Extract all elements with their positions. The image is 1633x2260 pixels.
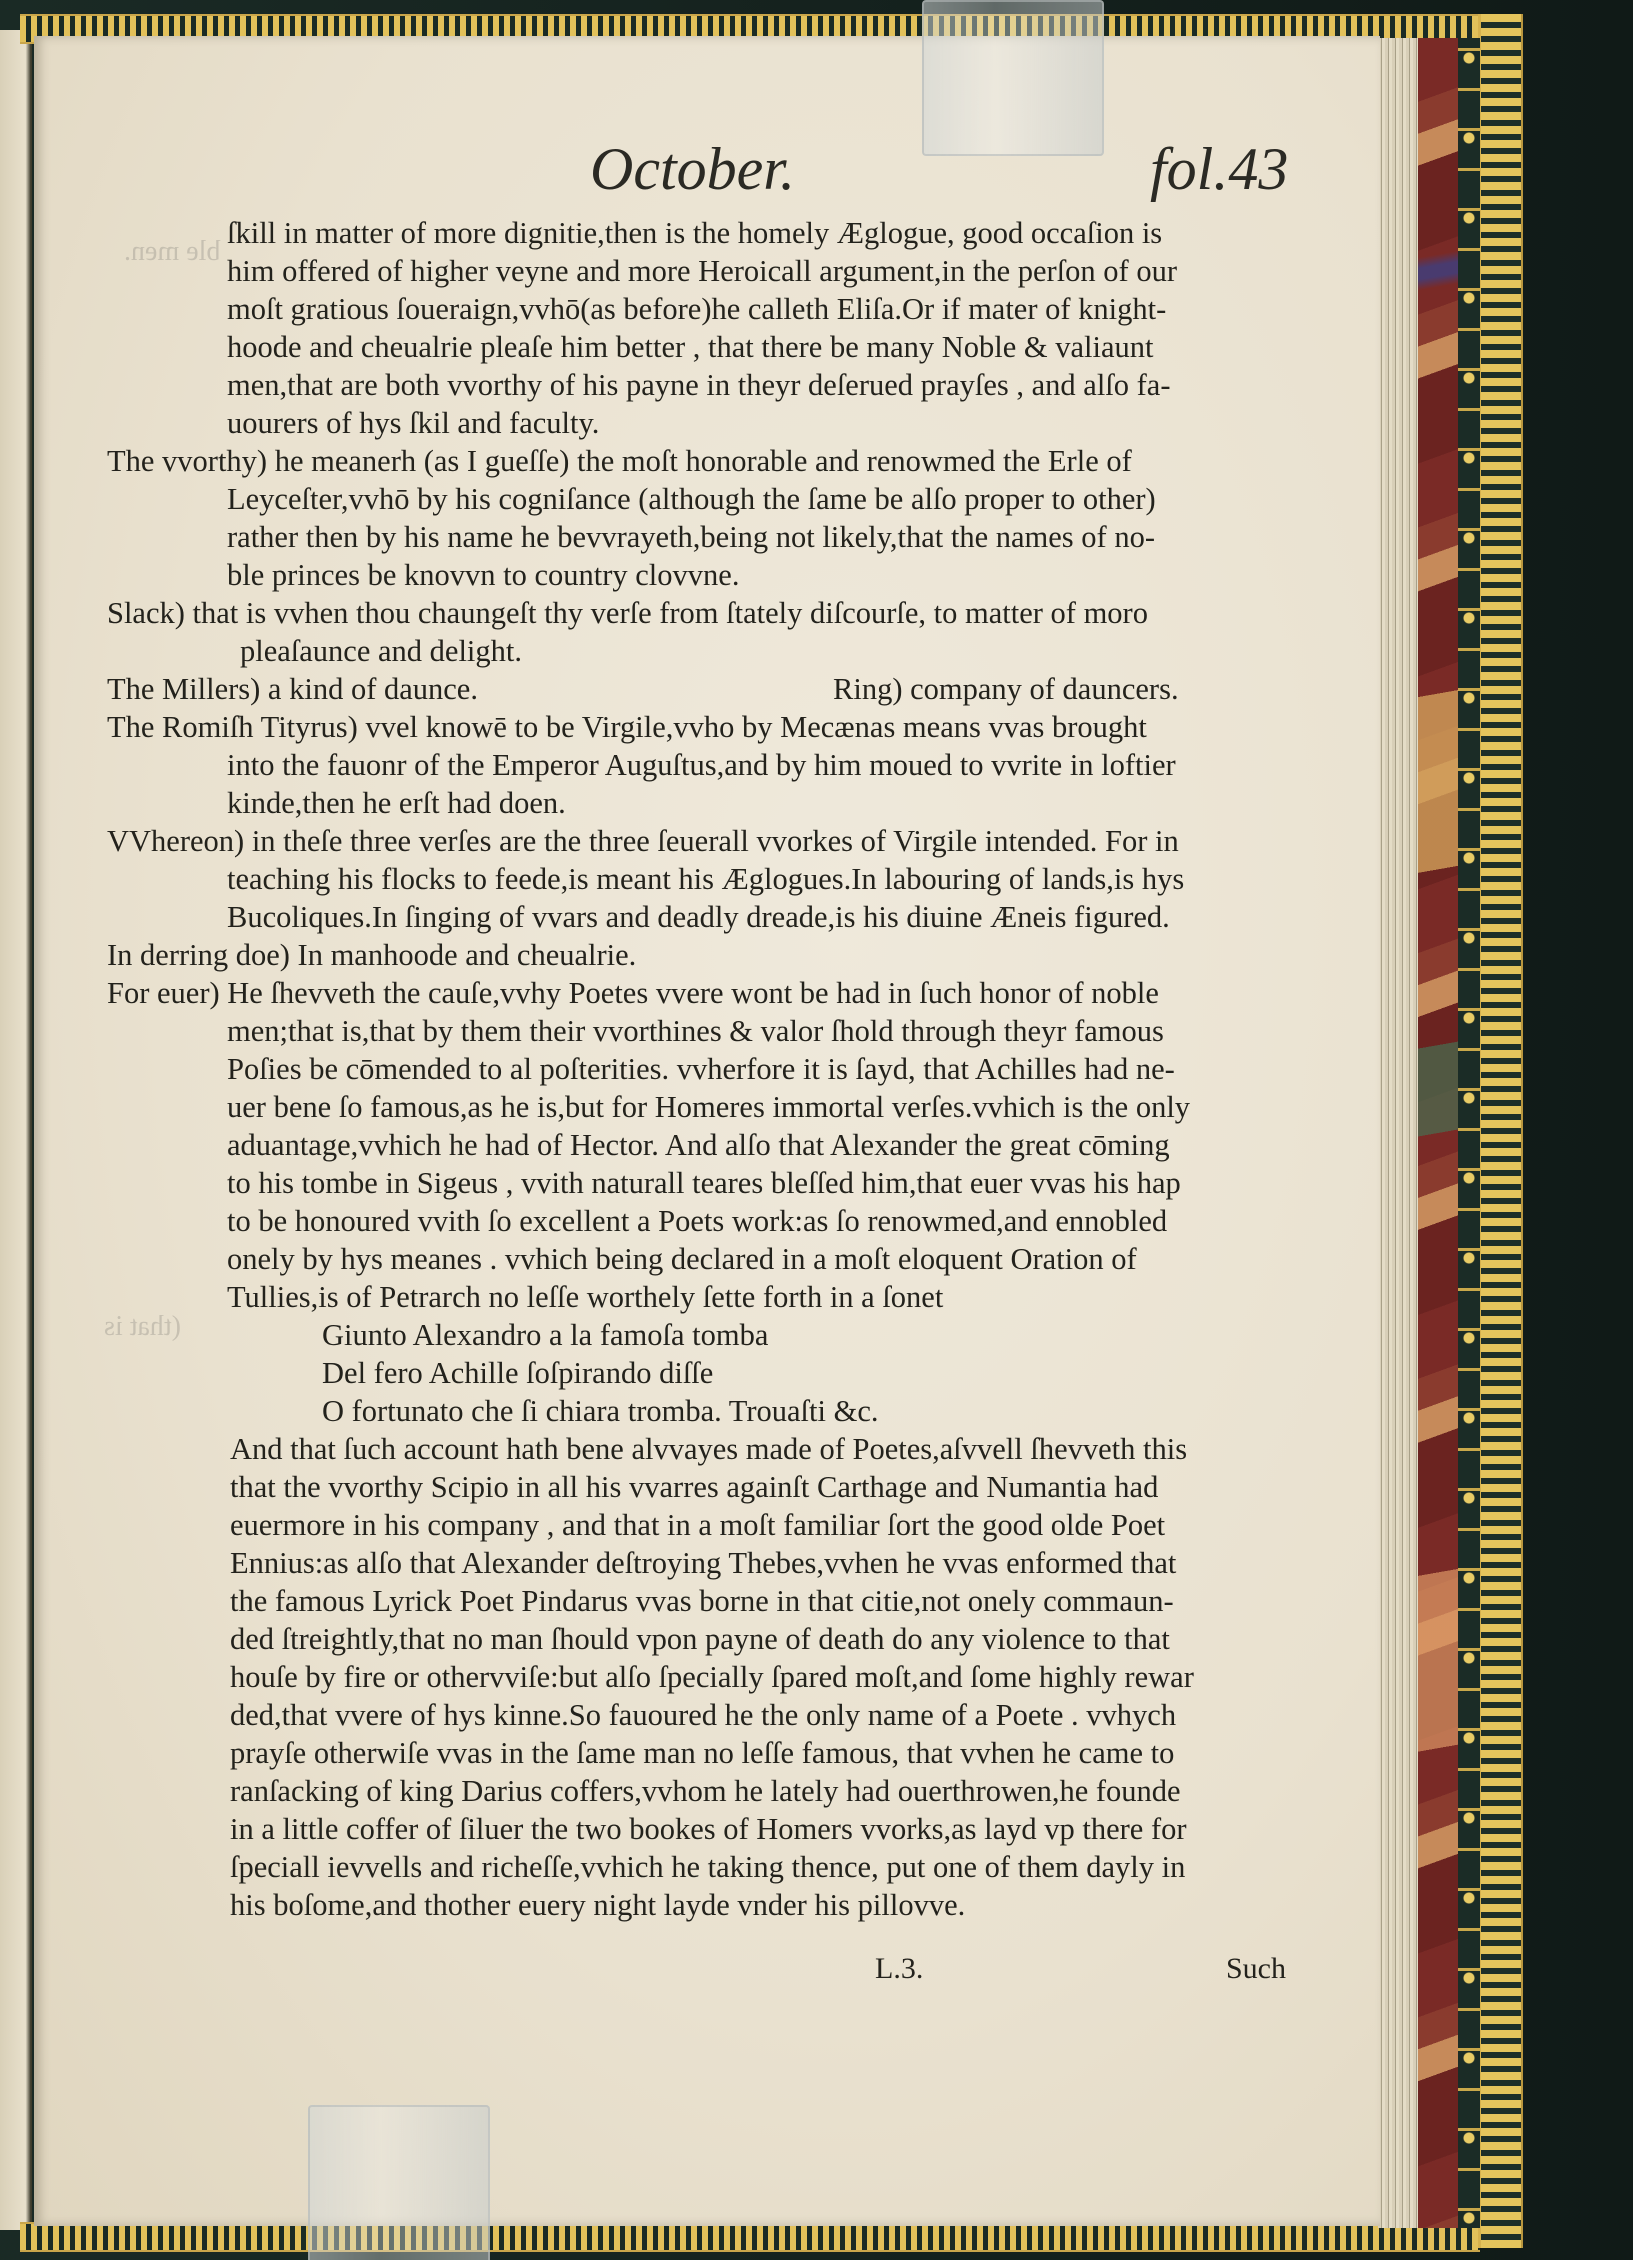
text-line: houſe by fire or othervviſe:but alſo ſpe… xyxy=(230,1659,1194,1697)
text-line: kinde,then he erſt had doen. xyxy=(227,785,566,823)
text-line: O fortunato che ſi chiara tromba. Trouaſ… xyxy=(322,1393,879,1431)
gilt-vine-ornament xyxy=(1458,38,1480,2228)
gilt-border-right xyxy=(1478,14,1523,2248)
text-line: onely by hys meanes . vvhich being decla… xyxy=(227,1241,1137,1279)
text-line: The Millers) a kind of daunce. xyxy=(107,671,478,709)
facing-page-edge xyxy=(0,30,32,2230)
text-line: to be honoured vvith ſo excellent a Poet… xyxy=(227,1203,1167,1241)
text-line: ſkill in matter of more dignitie,then is… xyxy=(227,215,1162,253)
text-line: to his tombe in Sigeus , vvith naturall … xyxy=(227,1165,1181,1203)
text-line: ranſacking of king Darius coffers,vvhom … xyxy=(230,1773,1181,1811)
acrylic-page-clip-top xyxy=(922,0,1104,156)
text-line: men,that are both vvorthy of his payne i… xyxy=(227,367,1171,405)
text-line: In derring doe) In manhoode and cheualri… xyxy=(107,937,636,975)
running-head: October. xyxy=(590,135,795,204)
text-line: For euer) He ſhevveth the cauſe,vvhy Poe… xyxy=(107,975,1159,1013)
text-line: The Romiſh Tityrus) vvel knowē to be Vir… xyxy=(107,709,1147,747)
acrylic-page-clip-bottom xyxy=(308,2105,490,2260)
text-line: in a little coffer of ſiluer the two boo… xyxy=(230,1811,1187,1849)
page-stack-edge xyxy=(1378,38,1418,2228)
text-line: ded ſtreightly,that no man ſhould vpon p… xyxy=(230,1621,1170,1659)
text-line: The vvorthy) he meanerh (as I gueſſe) th… xyxy=(107,443,1132,481)
text-line: rather then by his name he bevvrayeth,be… xyxy=(227,519,1155,557)
catchword: Such xyxy=(1226,1952,1286,1986)
text-line: into the fauonr of the Emperor Auguſtus,… xyxy=(227,747,1176,785)
text-line: euermore in his company , and that in a … xyxy=(230,1507,1165,1545)
marbled-endpaper-edge xyxy=(1418,38,1458,2228)
text-line: Tullies,is of Petrarch no leſſe worthely… xyxy=(227,1279,943,1317)
show-through-text: (that is xyxy=(104,1311,181,1343)
text-line: Bucoliques.In ſinging of vvars and deadl… xyxy=(227,899,1170,937)
text-line: him offered of higher veyne and more Her… xyxy=(227,253,1177,291)
text-line: And that ſuch account hath bene alvvayes… xyxy=(230,1431,1187,1469)
text-line: uourers of hys ſkil and faculty. xyxy=(227,405,599,443)
gilt-border-bottom xyxy=(20,2222,1480,2252)
text-line: hoode and cheualrie pleaſe him better , … xyxy=(227,329,1154,367)
text-line: ded,that vvere of hys kinne.So fauoured … xyxy=(230,1697,1176,1735)
text-line: moſt gratious ſoueraign,vvhō(as before)h… xyxy=(227,291,1166,329)
text-line: pleaſaunce and delight. xyxy=(240,633,522,671)
text-line: VVhereon) in theſe three verſes are the … xyxy=(107,823,1179,861)
text-line: aduantage,vvhich he had of Hector. And a… xyxy=(227,1127,1170,1165)
text-line: prayſe otherwiſe vvas in the ſame man no… xyxy=(230,1735,1174,1773)
text-line: Poſies be cōmended to al poſterities. vv… xyxy=(227,1051,1175,1089)
text-line: ble princes be knovvn to country clovvne… xyxy=(227,557,739,595)
text-line: ſpeciall ievvells and richeſſe,vvhich he… xyxy=(230,1849,1185,1887)
text-line: his boſome,and thother euery night layde… xyxy=(230,1887,965,1925)
text-line: Ring) company of dauncers. xyxy=(833,671,1179,709)
text-line: the famous Lyrick Poet Pindarus vvas bor… xyxy=(230,1583,1174,1621)
text-line: Slack) that is vvhen thou chaungeſt thy … xyxy=(107,595,1148,633)
text-line: men;that is,that by them their vvorthine… xyxy=(227,1013,1164,1051)
text-line: Ennius:as alſo that Alexander deſtroying… xyxy=(230,1545,1176,1583)
text-line: uer bene ſo famous,as he is,but for Home… xyxy=(227,1089,1190,1127)
text-line: teaching his flocks to feede,is meant hi… xyxy=(227,861,1184,899)
text-line: Giunto Alexandro a la famoſa tomba xyxy=(322,1317,768,1355)
signature-mark: L.3. xyxy=(875,1952,923,1986)
show-through-text: ble men. xyxy=(124,236,220,268)
text-line: that the vvorthy Scipio in all his vvarr… xyxy=(230,1469,1158,1507)
text-line: Del fero Achille ſoſpirando diſſe xyxy=(322,1355,713,1393)
text-line: Leyceſter,vvhō by his cogniſance (althou… xyxy=(227,481,1156,519)
folio-number: fol.43 xyxy=(1150,135,1288,204)
